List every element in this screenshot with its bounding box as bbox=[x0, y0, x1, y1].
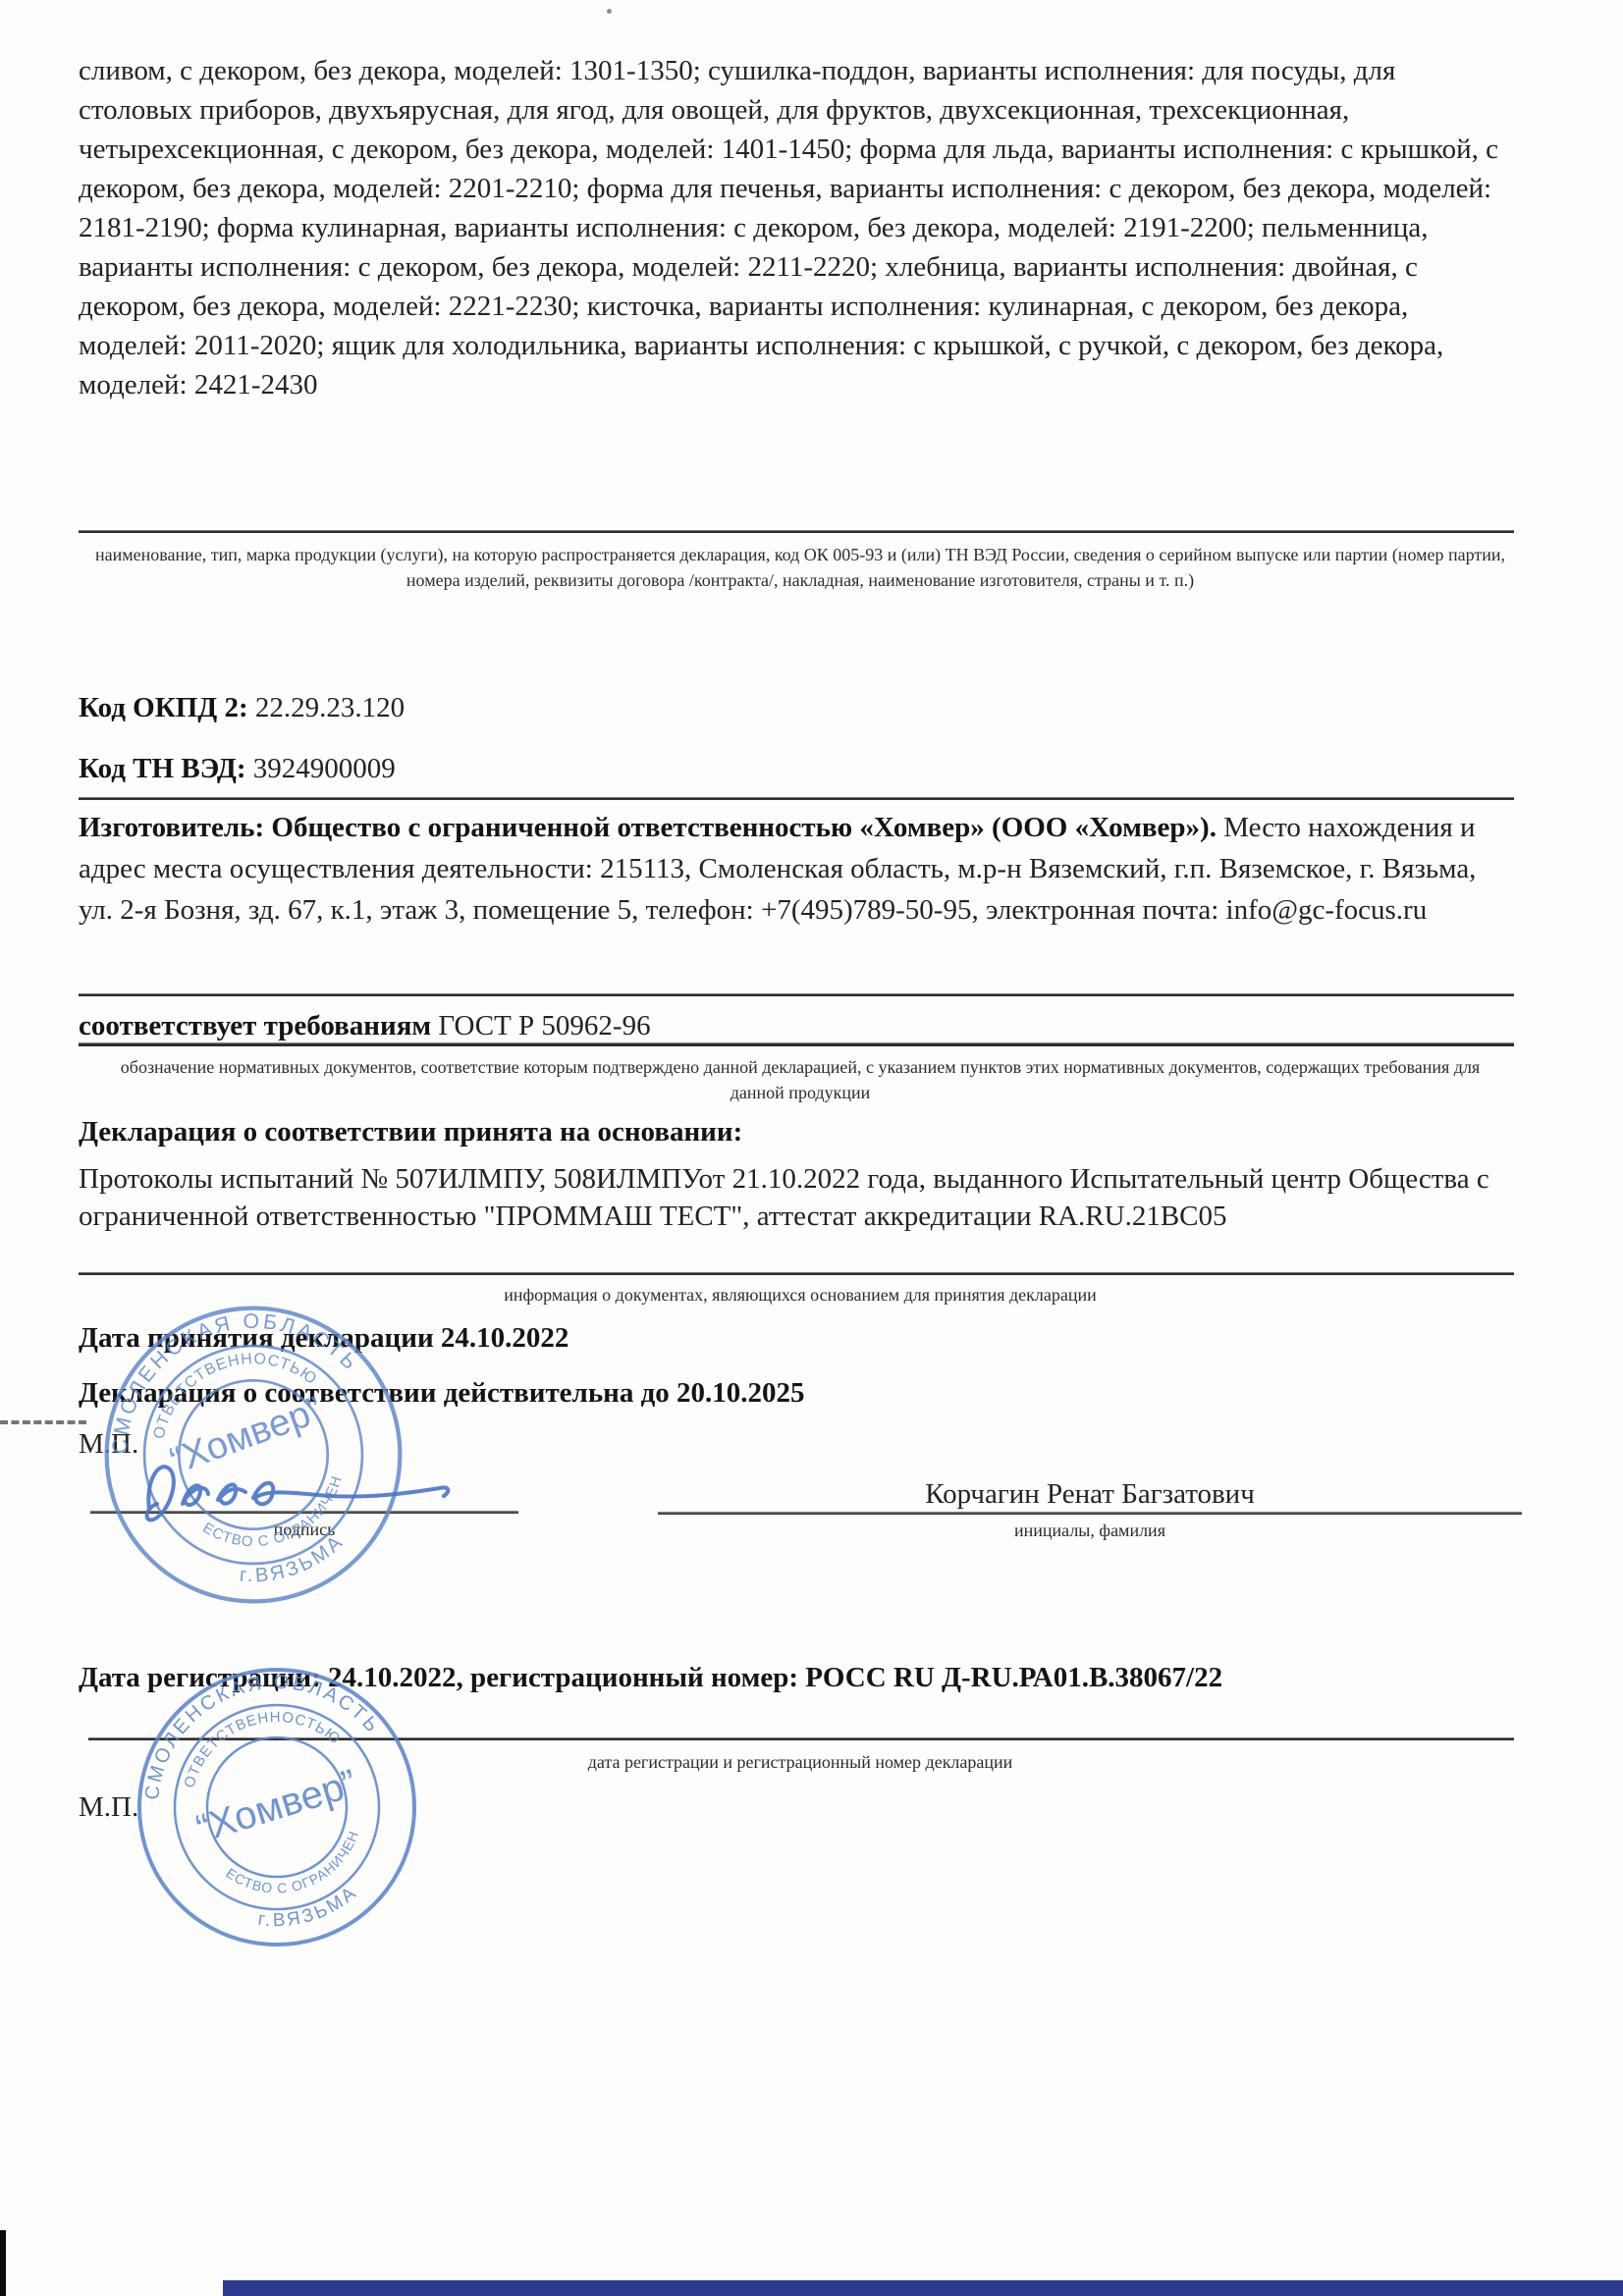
mp-label-1: М.П. bbox=[79, 1423, 275, 1465]
tnved-line: Код ТН ВЭД: 3924900009 bbox=[79, 748, 1514, 789]
horizontal-rule bbox=[79, 993, 1514, 996]
signature-line bbox=[90, 1511, 518, 1514]
scan-edge-artifact bbox=[0, 2230, 6, 2296]
signer-line bbox=[658, 1512, 1522, 1515]
manufacturer-bold: Изготовитель: Общество с ограниченной от… bbox=[79, 812, 1217, 843]
tnved-value: 3924900009 bbox=[253, 753, 396, 784]
svg-text:ОТВЕТСТВЕННОСТЬЮ: ОТВЕТСТВЕННОСТЬЮ bbox=[167, 1688, 347, 1793]
conformity-caption: обозначение нормативных документов, соот… bbox=[93, 1054, 1507, 1105]
okpd2-line: Код ОКПД 2: 22.29.23.120 bbox=[79, 687, 1514, 728]
adoption-date-line: Дата принятия декларации 24.10.2022 bbox=[79, 1317, 1514, 1359]
horizontal-rule bbox=[79, 1042, 1514, 1046]
horizontal-rule bbox=[79, 797, 1514, 800]
stamp-inner-arc-top: ОТВЕТСТВЕННОСТЬЮ bbox=[167, 1688, 347, 1793]
product-caption: наименование, тип, марка продукции (услу… bbox=[93, 542, 1507, 593]
declaration-page: сливом, с декором, без декора, моделей: … bbox=[0, 0, 1623, 2296]
okpd2-label: Код ОКПД 2: bbox=[79, 692, 248, 723]
scan-speck bbox=[607, 9, 612, 14]
signature-caption: подпись bbox=[90, 1520, 518, 1540]
horizontal-rule bbox=[79, 1272, 1514, 1275]
conformity-bold: соответствует требованиям bbox=[79, 1010, 431, 1041]
signer-caption: инициалы, фамилия bbox=[658, 1521, 1522, 1541]
conformity-line: соответствует требованиям ГОСТ Р 50962-9… bbox=[79, 1005, 1514, 1046]
basis-paragraph: Протоколы испытаний № 507ИЛМПУ, 508ИЛМПУ… bbox=[79, 1160, 1514, 1235]
scan-bottom-bar bbox=[223, 2280, 1623, 2296]
conformity-value: ГОСТ Р 50962-96 bbox=[438, 1010, 650, 1041]
registration-caption: дата регистрации и регистрационный номер… bbox=[93, 1749, 1507, 1775]
manufacturer-paragraph: Изготовитель: Общество с ограниченной от… bbox=[79, 807, 1514, 931]
okpd2-value: 22.29.23.120 bbox=[255, 692, 405, 723]
scan-dash-artifact bbox=[0, 1420, 86, 1424]
registration-line: Дата регистрации: 24.10.2022, регистраци… bbox=[79, 1657, 1514, 1698]
svg-text:г.ВЯЗЬМА: г.ВЯЗЬМА bbox=[251, 1879, 366, 1942]
stamp-city-arc: г.ВЯЗЬМА bbox=[251, 1879, 366, 1942]
signer-name: Корчагин Ренат Багзатович bbox=[658, 1478, 1522, 1511]
basis-heading: Декларация о соответствии принята на осн… bbox=[79, 1111, 1514, 1152]
mp-label-2: М.П. bbox=[79, 1787, 275, 1828]
horizontal-rule bbox=[79, 530, 1514, 533]
valid-until-line: Декларация о соответствии действительна … bbox=[79, 1372, 1514, 1414]
product-description: сливом, с декором, без декора, моделей: … bbox=[79, 51, 1514, 404]
horizontal-rule bbox=[88, 1737, 1514, 1740]
tnved-label: Код ТН ВЭД: bbox=[79, 753, 246, 784]
basis-caption: информация о документах, являющихся осно… bbox=[93, 1282, 1507, 1308]
